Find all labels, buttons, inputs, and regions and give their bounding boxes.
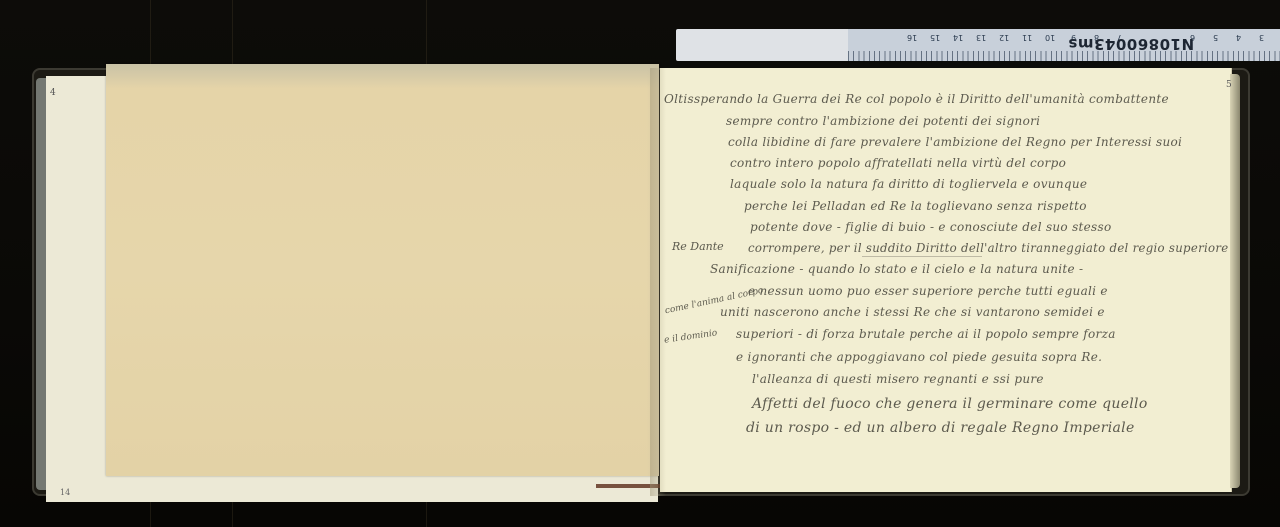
manuscript-line: l'alleanza di questi misero regnanti e s… — [752, 372, 1044, 386]
manuscript-line: e nessun uomo puo esser superiore perche… — [748, 284, 1108, 298]
manuscript-line: Oltissperando la Guerra dei Re col popol… — [664, 92, 1169, 106]
ruler-tick-label: 3 — [1259, 33, 1264, 42]
ruler-tick-label: 14 — [953, 33, 963, 42]
page-block-edge — [1230, 74, 1240, 488]
margin-note: Re Dante — [672, 240, 724, 253]
manuscript-line: di un rospo - ed un albero di regale Reg… — [746, 420, 1135, 436]
ruler-tick-label: 10 — [1045, 33, 1055, 42]
manuscript-line: superiori - di forza brutale perche ai i… — [736, 327, 1116, 341]
manuscript-line: sempre contro l'ambizione dei potenti de… — [726, 114, 1040, 128]
manuscript-line: uniti nascerono anche i stessi Re che si… — [720, 305, 1105, 319]
manuscript-line: perche lei Pelladan ed Re la toglievano … — [744, 199, 1087, 213]
manuscript-line: e ignoranti che appoggiavano col piede g… — [736, 350, 1102, 364]
manuscript-line: Affetti del fuoco che genera il germinar… — [752, 396, 1148, 412]
ruler-tick-label: 15 — [930, 33, 940, 42]
blank-insert-sheet — [106, 64, 659, 476]
manuscript-line: laquale solo la natura fa diritto di tog… — [730, 177, 1087, 191]
manuscript-line: corrompere, per il suddito Diritto dell'… — [748, 241, 1228, 255]
manuscript-line: contro intero popolo affratellati nella … — [730, 156, 1066, 170]
ruler-ticks — [848, 51, 1280, 61]
ruler-tick-label: 11 — [1022, 33, 1032, 42]
left-page-folio: 14 — [60, 488, 70, 497]
gutter-shadow — [650, 68, 666, 496]
ruler-face: 0 1 2 3 4 5 6 7 8 9 10 11 12 13 14 15 16… — [848, 29, 1280, 61]
manuscript-line: colla libidine di fare prevalere l'ambiz… — [728, 135, 1182, 149]
ruler-tick-label: 4 — [1236, 33, 1241, 42]
ruler-tick-label: 13 — [976, 33, 986, 42]
ruler-tick-label: 16 — [907, 33, 917, 42]
ruler-tick-label: 5 — [1213, 33, 1218, 42]
underline-stroke — [862, 256, 982, 257]
manuscript-line: potente dove - figlie di buio - e conosc… — [750, 220, 1112, 234]
right-page-number: 5 — [1226, 80, 1232, 90]
ruler-tick-label: 12 — [999, 33, 1009, 42]
left-page-mark: 4 — [50, 88, 56, 98]
scale-ruler: 0 1 2 3 4 5 6 7 8 9 10 11 12 13 14 15 16… — [676, 29, 1229, 61]
manuscript-line: Sanificazione - quando lo stato e il cie… — [710, 262, 1083, 276]
